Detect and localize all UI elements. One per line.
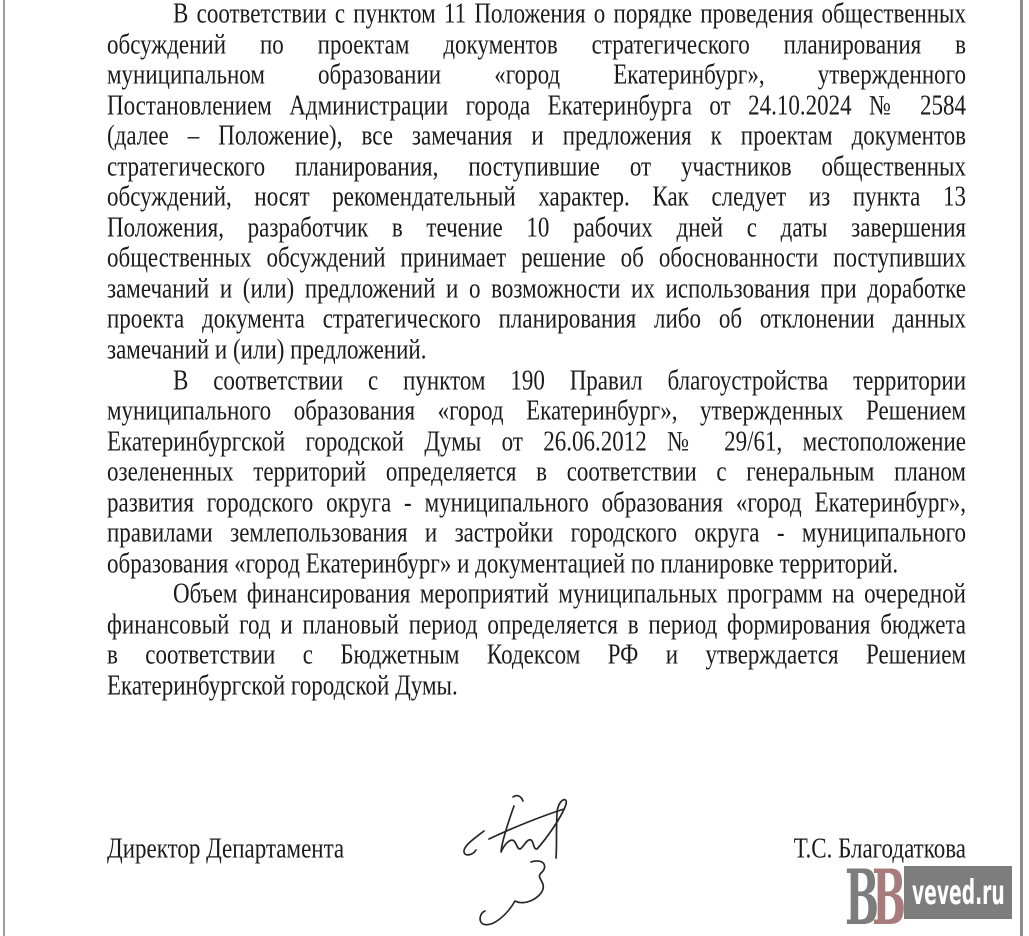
scanned-document-page: В соответствии с пунктом 11 Положения о … bbox=[0, 0, 1029, 936]
signature-scribble bbox=[452, 785, 597, 936]
paragraph: Объем финансирования мероприятий муницип… bbox=[107, 581, 966, 703]
scan-edge-left bbox=[3, 0, 5, 936]
paragraph: В соответствии с пунктом 190 Правил благ… bbox=[107, 368, 966, 582]
watermark-letter-2: B bbox=[872, 860, 906, 936]
text-line: Екатеринбургской городской Думы. bbox=[107, 668, 966, 705]
paragraph: В соответствии с пунктом 11 Положения о … bbox=[107, 1, 966, 368]
signature-role: Директор Департамента bbox=[107, 831, 344, 868]
scan-edge-right bbox=[1020, 0, 1023, 936]
watermark-site-badge: veved.ru bbox=[904, 866, 1012, 919]
watermark-site-text: veved.ru bbox=[912, 873, 1005, 913]
body-text: В соответствии с пунктом 11 Положения о … bbox=[107, 1, 966, 704]
